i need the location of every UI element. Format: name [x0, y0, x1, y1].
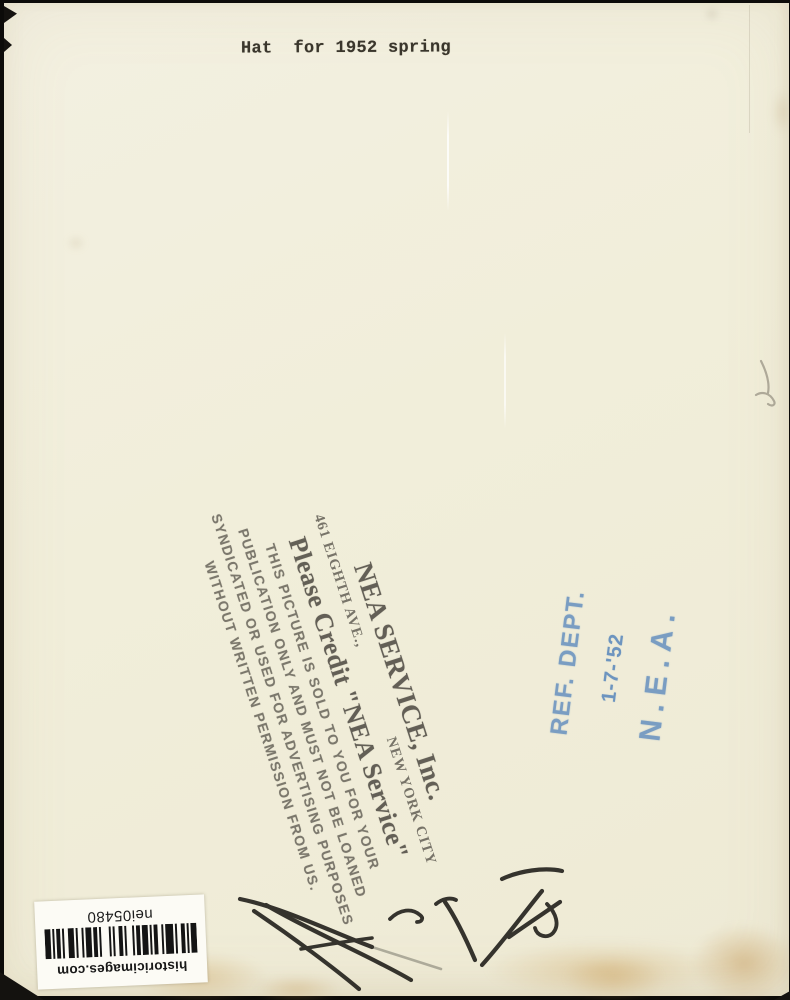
- label-site-text: historicimages.com: [57, 957, 188, 981]
- scratch-line: [504, 333, 506, 429]
- stain: [564, 955, 664, 1000]
- photo-paper: Hat for 1952 spring NEA SERVICE, Inc. 46…: [4, 3, 789, 996]
- stain: [772, 89, 790, 135]
- stain: [68, 237, 84, 249]
- scratch-line: [749, 5, 750, 133]
- stain: [484, 941, 724, 999]
- agency-stamp: NEA SERVICE, Inc. 461 EIGHTH AVE., NEW Y…: [191, 487, 476, 920]
- stain: [252, 975, 342, 1000]
- label-id-text: nei05480: [87, 905, 153, 926]
- photo-back-scan: { "caption": { "text": "Hat for 1952 spr…: [0, 0, 790, 1000]
- pencil-scribble: [749, 353, 789, 413]
- ref-dept-date-stamp: REF. DEPT. 1-7-'52 N.E.A.: [532, 560, 695, 776]
- stain: [692, 925, 790, 1000]
- inventory-label: historicimages.com nei05480: [34, 894, 208, 989]
- scratch-line: [447, 111, 449, 211]
- stain: [706, 9, 718, 19]
- date-stamp-organization: N.E.A.: [627, 603, 691, 744]
- typed-caption: Hat for 1952 spring: [241, 38, 451, 58]
- barcode: [44, 923, 197, 960]
